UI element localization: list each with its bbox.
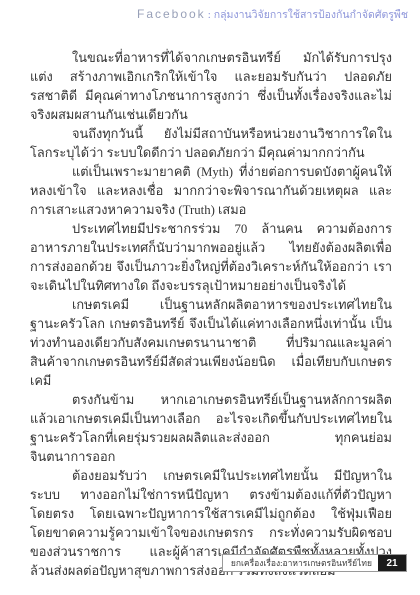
page-number-badge: 21 (378, 555, 406, 571)
document-page: Facebook:กลุ่มงานวิจัยการใช้สารป้องกันกำ… (0, 0, 420, 595)
running-header: Facebook:กลุ่มงานวิจัยการใช้สารป้องกันกำ… (30, 5, 408, 23)
paragraph: จนถึงทุกวันนี้ ยังไม่มีสถาบันหรือหน่วยงา… (30, 125, 392, 163)
footer-title: ยกเครื่องเรื่อง:อาหารเกษตรอินทรีย์ไทย (223, 555, 378, 571)
facebook-brand-label: Facebook (137, 7, 206, 21)
header-title: กลุ่มงานวิจัยการใช้สารป้องกันกำจัดศัตรูพ… (214, 10, 408, 21)
running-footer: ยกเครื่องเรื่อง:อาหารเกษตรอินทรีย์ไทย 21 (222, 554, 407, 572)
header-separator: : (208, 9, 211, 21)
body-text: ในขณะที่อาหารที่ได้จากเกษตรอินทรีย์ มักไ… (30, 49, 392, 581)
paragraph: แต่เป็นเพราะมายาคติ (Myth) ที่ง่ายต่อการ… (30, 163, 392, 220)
paragraph: ตรงกันข้าม หากเอาเกษตรอินทรีย์เป็นฐานหลั… (30, 391, 392, 467)
paragraph: ประเทศไทยมีประชากรร่วม 70 ล้านคน ความต้อ… (30, 220, 392, 296)
paragraph: เกษตรเคมี เป็นฐานหลักผลิตอาหารของประเทศไ… (30, 296, 392, 391)
paragraph: ในขณะที่อาหารที่ได้จากเกษตรอินทรีย์ มักไ… (30, 49, 392, 125)
